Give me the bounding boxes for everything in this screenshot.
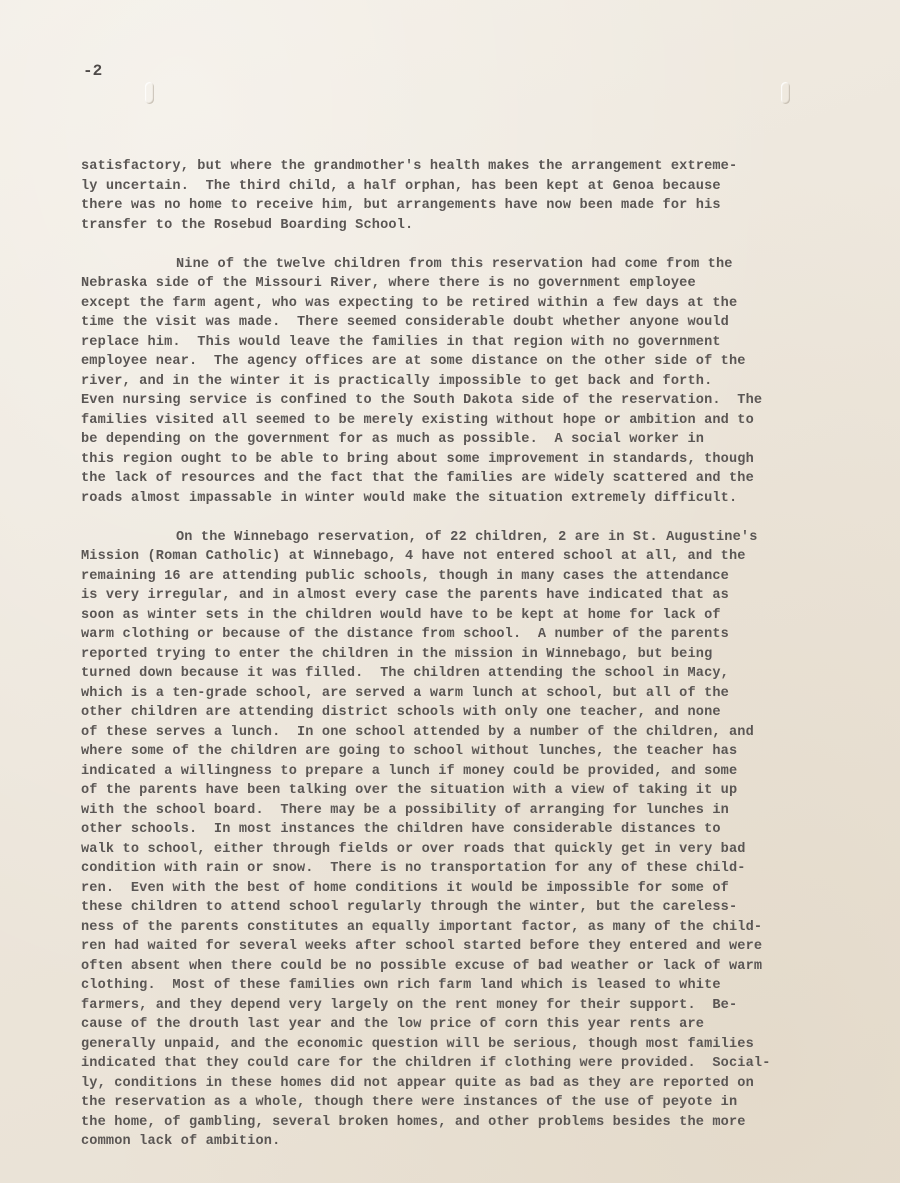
- text-line: soon as winter sets in the children woul…: [81, 606, 841, 626]
- text-line: is very irregular, and in almost every c…: [81, 586, 841, 606]
- text-line: On the Winnebago reservation, of 22 chil…: [81, 528, 841, 548]
- text-line: turned down because it was filled. The c…: [81, 664, 841, 684]
- page-number: -2: [83, 62, 102, 80]
- text-line: except the farm agent, who was expecting…: [81, 294, 841, 314]
- typewritten-page: -2 satisfactory, but where the grandmoth…: [0, 0, 900, 1183]
- text-line: remaining 16 are attending public school…: [81, 567, 841, 587]
- text-line: the reservation as a whole, though there…: [81, 1093, 841, 1113]
- text-line: where some of the children are going to …: [81, 742, 841, 762]
- text-line: this region ought to be able to bring ab…: [81, 450, 841, 470]
- text-line: clothing. Most of these families own ric…: [81, 976, 841, 996]
- text-line: ly uncertain. The third child, a half or…: [81, 177, 841, 197]
- text-line: satisfactory, but where the grandmother'…: [81, 157, 841, 177]
- paper-emboss-mark: [781, 82, 790, 104]
- document-body: satisfactory, but where the grandmother'…: [81, 157, 841, 1171]
- text-line: ly, conditions in these homes did not ap…: [81, 1074, 841, 1094]
- text-line: Mission (Roman Catholic) at Winnebago, 4…: [81, 547, 841, 567]
- text-line: of the parents have been talking over th…: [81, 781, 841, 801]
- text-line: which is a ten-grade school, are served …: [81, 684, 841, 704]
- text-line: generally unpaid, and the economic quest…: [81, 1035, 841, 1055]
- text-line: walk to school, either through fields or…: [81, 840, 841, 860]
- text-line: condition with rain or snow. There is no…: [81, 859, 841, 879]
- text-line: often absent when there could be no poss…: [81, 957, 841, 977]
- paragraph-3: On the Winnebago reservation, of 22 chil…: [81, 528, 841, 1152]
- paragraph-1: satisfactory, but where the grandmother'…: [81, 157, 841, 235]
- text-line: time the visit was made. There seemed co…: [81, 313, 841, 333]
- text-line: cause of the drouth last year and the lo…: [81, 1015, 841, 1035]
- text-line: reported trying to enter the children in…: [81, 645, 841, 665]
- text-line: indicated a willingness to prepare a lun…: [81, 762, 841, 782]
- text-line: employee near. The agency offices are at…: [81, 352, 841, 372]
- text-line: replace him. This would leave the famili…: [81, 333, 841, 353]
- paragraph-2: Nine of the twelve children from this re…: [81, 255, 841, 509]
- text-line: be depending on the government for as mu…: [81, 430, 841, 450]
- text-line: river, and in the winter it is practical…: [81, 372, 841, 392]
- text-line: other children are attending district sc…: [81, 703, 841, 723]
- text-line: ness of the parents constitutes an equal…: [81, 918, 841, 938]
- text-line: warm clothing or because of the distance…: [81, 625, 841, 645]
- text-line: there was no home to receive him, but ar…: [81, 196, 841, 216]
- text-line: Nebraska side of the Missouri River, whe…: [81, 274, 841, 294]
- text-line: ren. Even with the best of home conditio…: [81, 879, 841, 899]
- text-line: the lack of resources and the fact that …: [81, 469, 841, 489]
- text-line: these children to attend school regularl…: [81, 898, 841, 918]
- text-line: ren had waited for several weeks after s…: [81, 937, 841, 957]
- text-line: the home, of gambling, several broken ho…: [81, 1113, 841, 1133]
- text-line: Even nursing service is confined to the …: [81, 391, 841, 411]
- text-line: transfer to the Rosebud Boarding School.: [81, 216, 841, 236]
- text-line: other schools. In most instances the chi…: [81, 820, 841, 840]
- text-line: with the school board. There may be a po…: [81, 801, 841, 821]
- text-line: roads almost impassable in winter would …: [81, 489, 841, 509]
- text-line: common lack of ambition.: [81, 1132, 841, 1152]
- text-line: farmers, and they depend very largely on…: [81, 996, 841, 1016]
- text-line: Nine of the twelve children from this re…: [81, 255, 841, 275]
- text-line: of these serves a lunch. In one school a…: [81, 723, 841, 743]
- text-line: families visited all seemed to be merely…: [81, 411, 841, 431]
- paper-emboss-mark: [145, 82, 154, 104]
- text-line: indicated that they could care for the c…: [81, 1054, 841, 1074]
